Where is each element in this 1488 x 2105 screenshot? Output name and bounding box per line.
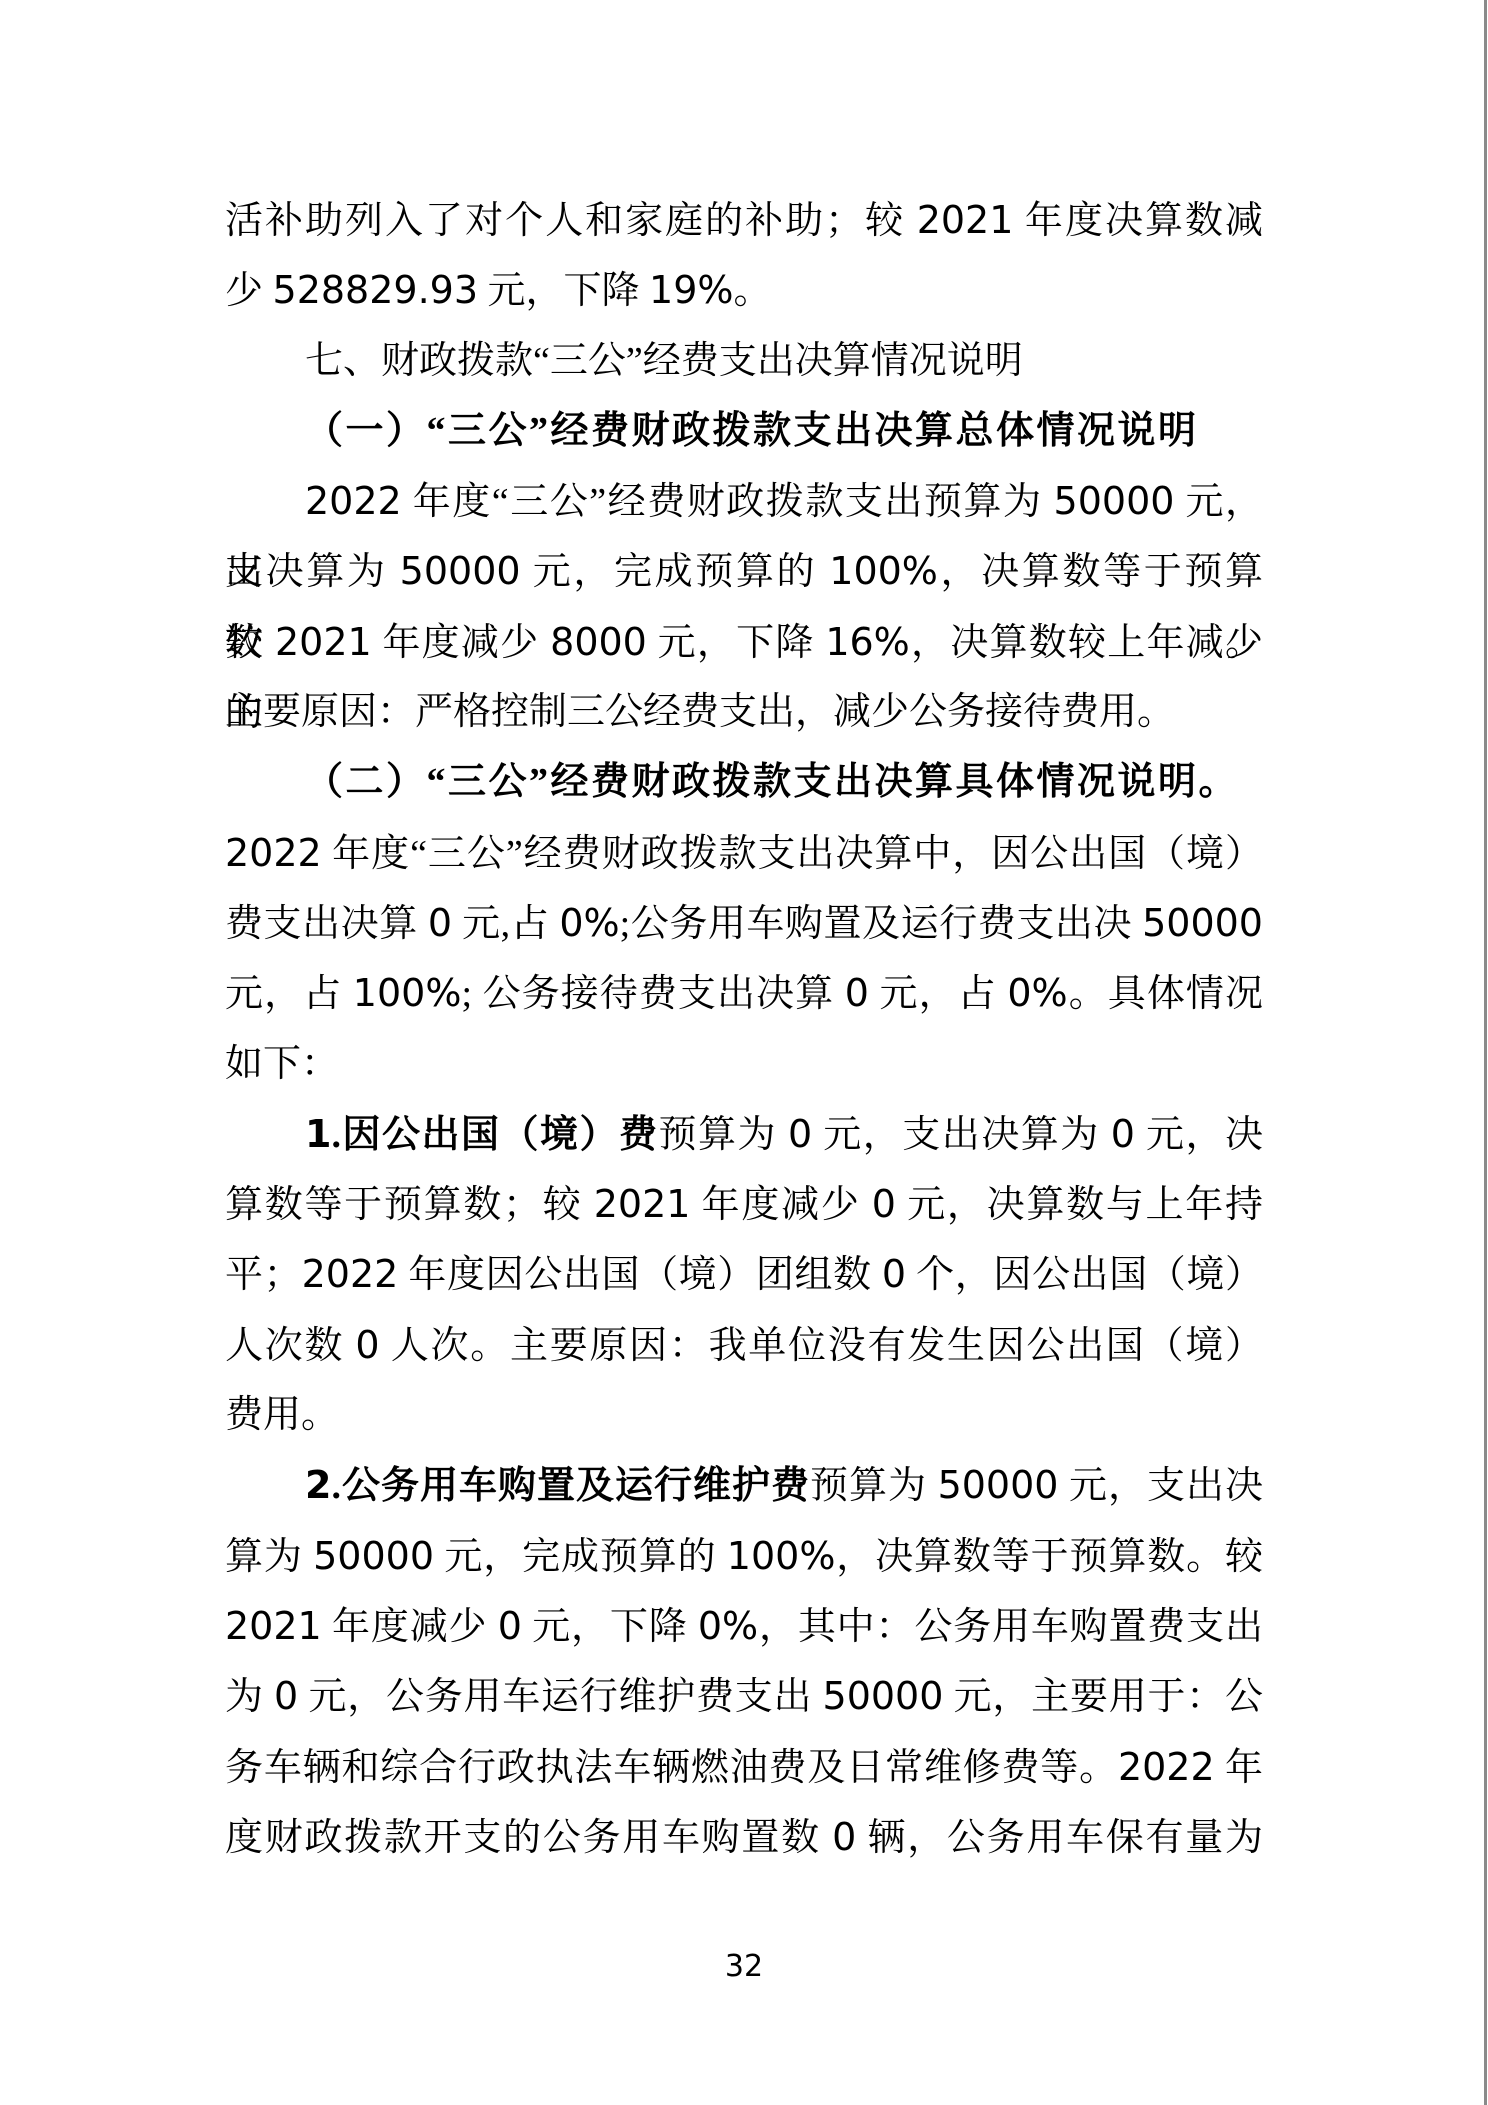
numeric-run: 0 — [498, 1604, 522, 1648]
numeric-run: 0 — [872, 1182, 896, 1226]
text-run: 元，占 100%; 公务接待费支出决算 0 元，占 0%。具体情况 — [225, 973, 1263, 1015]
text-run: 为 0 元，公务用车运行维护费支出 50000 元，主要用于：公 — [225, 1676, 1263, 1718]
numeric-run: 0 — [274, 1674, 298, 1718]
paragraph-line: 1.因公出国（境）费预算为 0 元，支出决算为 0 元，决 — [225, 1099, 1263, 1169]
text-run: 算数等于预算数；较 2021 年度减少 0 元，决算数与上年持 — [225, 1184, 1263, 1226]
page-footer: 32 — [0, 1950, 1488, 1984]
text-run: 主要原因：严格控制三公经费支出，减少公务接待费用。 — [225, 691, 1175, 733]
numeric-run: 50000 — [823, 1674, 944, 1718]
text-run: 算为 50000 元，完成预算的 100%，决算数等于预算数。较 — [225, 1536, 1263, 1578]
numeric-run: 2022 — [305, 479, 402, 523]
section-heading: 七、财政拨款“三公”经费支出决算情况说明 — [225, 326, 1263, 396]
bold-text-run: （一）“三公”经费财政拨款支出决算总体情况说明 — [305, 410, 1199, 452]
numeric-run: 0 — [355, 1323, 379, 1367]
text-run: 预算为 50000 元，支出决 — [810, 1465, 1263, 1507]
numeric-run: 0 — [832, 1815, 856, 1859]
paragraph-line: 人次数 0 人次。主要原因：我单位没有发生因公出国（境） — [225, 1310, 1263, 1380]
paragraph-line: 度财政拨款开支的公务用车购置数 0 辆，公务用车保有量为 — [225, 1802, 1263, 1872]
numeric-run: 8000 — [550, 620, 647, 664]
numeric-run: 50000 — [1054, 479, 1175, 523]
numeric-run: 0 — [788, 1112, 812, 1156]
paragraph-line: 2022 年度“三公”经费财政拨款支出预算为 50000 元，支 — [225, 466, 1263, 536]
numeric-run: 0% — [1007, 971, 1067, 1015]
subsection-heading-2: （二）“三公”经费财政拨款支出决算具体情况说明。 — [225, 747, 1263, 817]
paragraph-line: 算为 50000 元，完成预算的 100%，决算数等于预算数。较 — [225, 1521, 1263, 1591]
page-number: 32 — [725, 1949, 763, 1984]
text-run: 如下： — [225, 1043, 339, 1085]
numeric-run: 0% — [698, 1604, 758, 1648]
bold-text-run: 2.公务用车购置及运行维护费 — [305, 1465, 810, 1507]
text-run: 费用。 — [225, 1394, 339, 1436]
numeric-run: 0 — [1111, 1112, 1135, 1156]
paragraph-line: 较 2021 年度减少 8000 元，下降 16%，决算数较上年减少的 — [225, 607, 1263, 677]
text-run: 预算为 0 元，支出决算为 0 元，决 — [659, 1114, 1263, 1156]
paragraph-line: 费用。 — [225, 1380, 1263, 1450]
paragraph-line: 平；2022 年度因公出国（境）团组数 0 个，因公出国（境） — [225, 1239, 1263, 1309]
numeric-run: 528829.93 — [273, 268, 479, 312]
text-run: 平；2022 年度因公出国（境）团组数 0 个，因公出国（境） — [225, 1254, 1263, 1296]
numeric-run: 50000 — [400, 549, 521, 593]
text-run: 活补助列入了对个人和家庭的补助；较 2021 年度决算数减 — [225, 200, 1263, 242]
text-run: 费支出决算 0 元,占 0%;公务用车购置及运行费支出决 50000 — [225, 903, 1263, 945]
numeric-run: 1 — [305, 1112, 331, 1156]
numeric-run: 16% — [825, 620, 909, 664]
numeric-run: 50000 — [938, 1463, 1059, 1507]
numeric-run: 2021 — [225, 1604, 322, 1648]
numeric-run: 2022 — [302, 1252, 399, 1296]
text-run: 七、财政拨款“三公”经费支出决算情况说明 — [305, 340, 1023, 382]
numeric-run: 2021 — [917, 198, 1014, 242]
paragraph-line: 务车辆和综合行政执法车辆燃油费及日常维修费等。2022 年 — [225, 1732, 1263, 1802]
numeric-run: 50000 — [313, 1534, 434, 1578]
paragraph-line: 如下： — [225, 1029, 1263, 1099]
subsection-heading-1: （一）“三公”经费财政拨款支出决算总体情况说明 — [225, 396, 1263, 466]
paragraph-line: 出决算为 50000 元，完成预算的 100%，决算数等于预算数。 — [225, 536, 1263, 606]
numeric-run: 0 — [882, 1252, 906, 1296]
numeric-run: 100% — [727, 1534, 836, 1578]
numeric-run: 0% — [559, 901, 619, 945]
bold-text-run: 1.因公出国（境）费 — [305, 1114, 659, 1156]
numeric-run: 2022 — [225, 831, 322, 875]
text-run: 度财政拨款开支的公务用车购置数 0 辆，公务用车保有量为 — [225, 1817, 1263, 1859]
numeric-run: 2021 — [594, 1182, 691, 1226]
text-run: 少 528829.93 元，下降 19%。 — [225, 270, 772, 312]
paragraph-line: 2.公务用车购置及运行维护费预算为 50000 元，支出决 — [225, 1450, 1263, 1520]
page-scan-edge-line — [1484, 0, 1487, 2105]
numeric-run: 2 — [305, 1463, 331, 1507]
text-run: 务车辆和综合行政执法车辆燃油费及日常维修费等。2022 年 — [225, 1747, 1263, 1789]
numeric-run: 100% — [829, 549, 938, 593]
paragraph-line: 2021 年度减少 0 元，下降 0%，其中：公务用车购置费支出 — [225, 1591, 1263, 1661]
paragraph-line: 2022 年度“三公”经费财政拨款支出决算中，因公出国（境） — [225, 818, 1263, 888]
numeric-run: 2022 — [1118, 1745, 1215, 1789]
bold-text-run: （二）“三公”经费财政拨款支出决算具体情况说明。 — [305, 761, 1239, 803]
paragraph-line: 元，占 100%; 公务接待费支出决算 0 元，占 0%。具体情况 — [225, 958, 1263, 1028]
numeric-run: 19% — [649, 268, 733, 312]
paragraph-line: 少 528829.93 元，下降 19%。 — [225, 255, 1263, 325]
numeric-run: 0 — [428, 901, 452, 945]
text-run: 2022 年度“三公”经费财政拨款支出决算中，因公出国（境） — [225, 833, 1263, 875]
numeric-run: 0 — [845, 971, 869, 1015]
paragraph-line: 为 0 元，公务用车运行维护费支出 50000 元，主要用于：公 — [225, 1661, 1263, 1731]
paragraph-line: 算数等于预算数；较 2021 年度减少 0 元，决算数与上年持 — [225, 1169, 1263, 1239]
numeric-run: 100% — [353, 971, 462, 1015]
paragraph-line: 费支出决算 0 元,占 0%;公务用车购置及运行费支出决 50000 — [225, 888, 1263, 958]
paragraph-line: 主要原因：严格控制三公经费支出，减少公务接待费用。 — [225, 677, 1263, 747]
document-body: 活补助列入了对个人和家庭的补助；较 2021 年度决算数减少 528829.93… — [225, 185, 1263, 1872]
text-run: 2021 年度减少 0 元，下降 0%，其中：公务用车购置费支出 — [225, 1606, 1263, 1648]
paragraph-line: 活补助列入了对个人和家庭的补助；较 2021 年度决算数减 — [225, 185, 1263, 255]
text-run: 人次数 0 人次。主要原因：我单位没有发生因公出国（境） — [225, 1325, 1263, 1367]
numeric-run: 2021 — [275, 620, 372, 664]
numeric-run: 50000 — [1142, 901, 1263, 945]
